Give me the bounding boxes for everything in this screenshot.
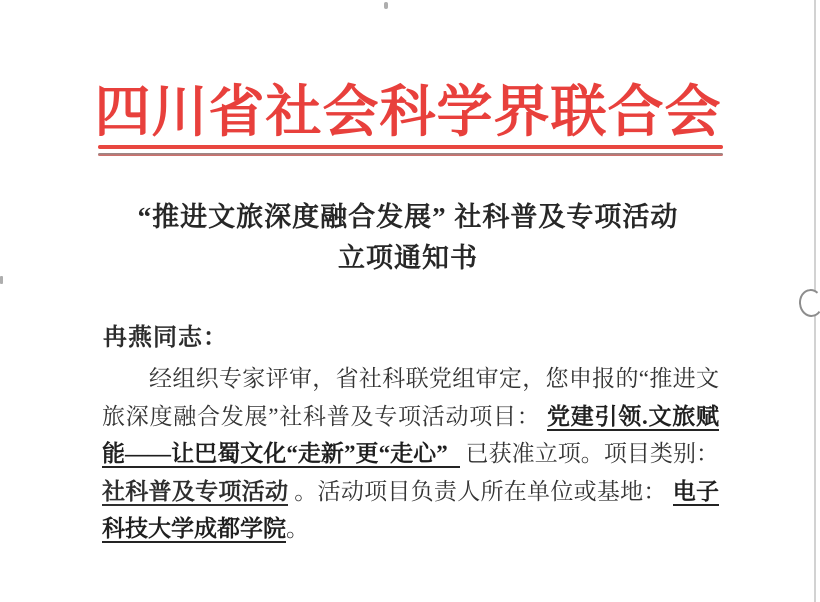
- edge-ring-mark: [798, 288, 820, 318]
- body-line-4: 社科普及专项活动 。活动项目负责人所在单位或基地： 电子: [102, 473, 719, 511]
- body-line-5: 科技大学成都学院。: [102, 510, 719, 548]
- organization-segment: 科技大学成都学院: [102, 516, 286, 543]
- divider-line-bottom: [98, 153, 723, 156]
- scan-artifact-dot-left: [0, 276, 3, 284]
- text-segment: 。活动项目负责人所在单位或基地：: [294, 479, 666, 504]
- text-segment: 旅深度融合发展”社科普及专项活动项目：: [102, 404, 540, 429]
- body-line-3: 能——让巴蜀文化“走新”更“走心” 已获准立项。项目类别：: [102, 435, 719, 473]
- text-segment: 已获准立项。项目类别：: [466, 441, 719, 466]
- letterhead-divider: [98, 145, 723, 156]
- project-title-segment: 能——让巴蜀文化“走新”更“走心”: [102, 441, 460, 468]
- document-title-line1: “推进文旅深度融合发展” 社科普及专项活动: [0, 197, 816, 238]
- document-title: “推进文旅深度融合发展” 社科普及专项活动 立项通知书: [0, 197, 816, 279]
- project-category-segment: 社科普及专项活动: [102, 479, 288, 506]
- body-line-2: 旅深度融合发展”社科普及专项活动项目： 党建引领.文旅赋: [102, 398, 719, 436]
- project-title-segment: 党建引领.文旅赋: [547, 404, 719, 431]
- body-paragraph: 经组织专家评审，省社科联党组审定，您申报的“推进文 旅深度融合发展”社科普及专项…: [102, 360, 719, 548]
- letterhead-org-name: 四川省社会科学界联合会: [0, 68, 816, 148]
- salutation: 冉燕同志：: [103, 317, 228, 352]
- body-line-1: 经组织专家评审，省社科联党组审定，您申报的“推进文: [102, 360, 719, 398]
- document-title-line2: 立项通知书: [0, 238, 816, 279]
- scanned-document-page: 四川省社会科学界联合会 “推进文旅深度融合发展” 社科普及专项活动 立项通知书 …: [0, 0, 820, 602]
- organization-segment: 电子: [673, 479, 719, 506]
- text-segment: 经组织专家评审，省社科联党组审定，您申报的“推进文: [149, 366, 719, 391]
- text-segment: 。: [286, 516, 309, 541]
- scan-artifact-dot-top: [384, 2, 388, 9]
- divider-line-top: [98, 145, 723, 149]
